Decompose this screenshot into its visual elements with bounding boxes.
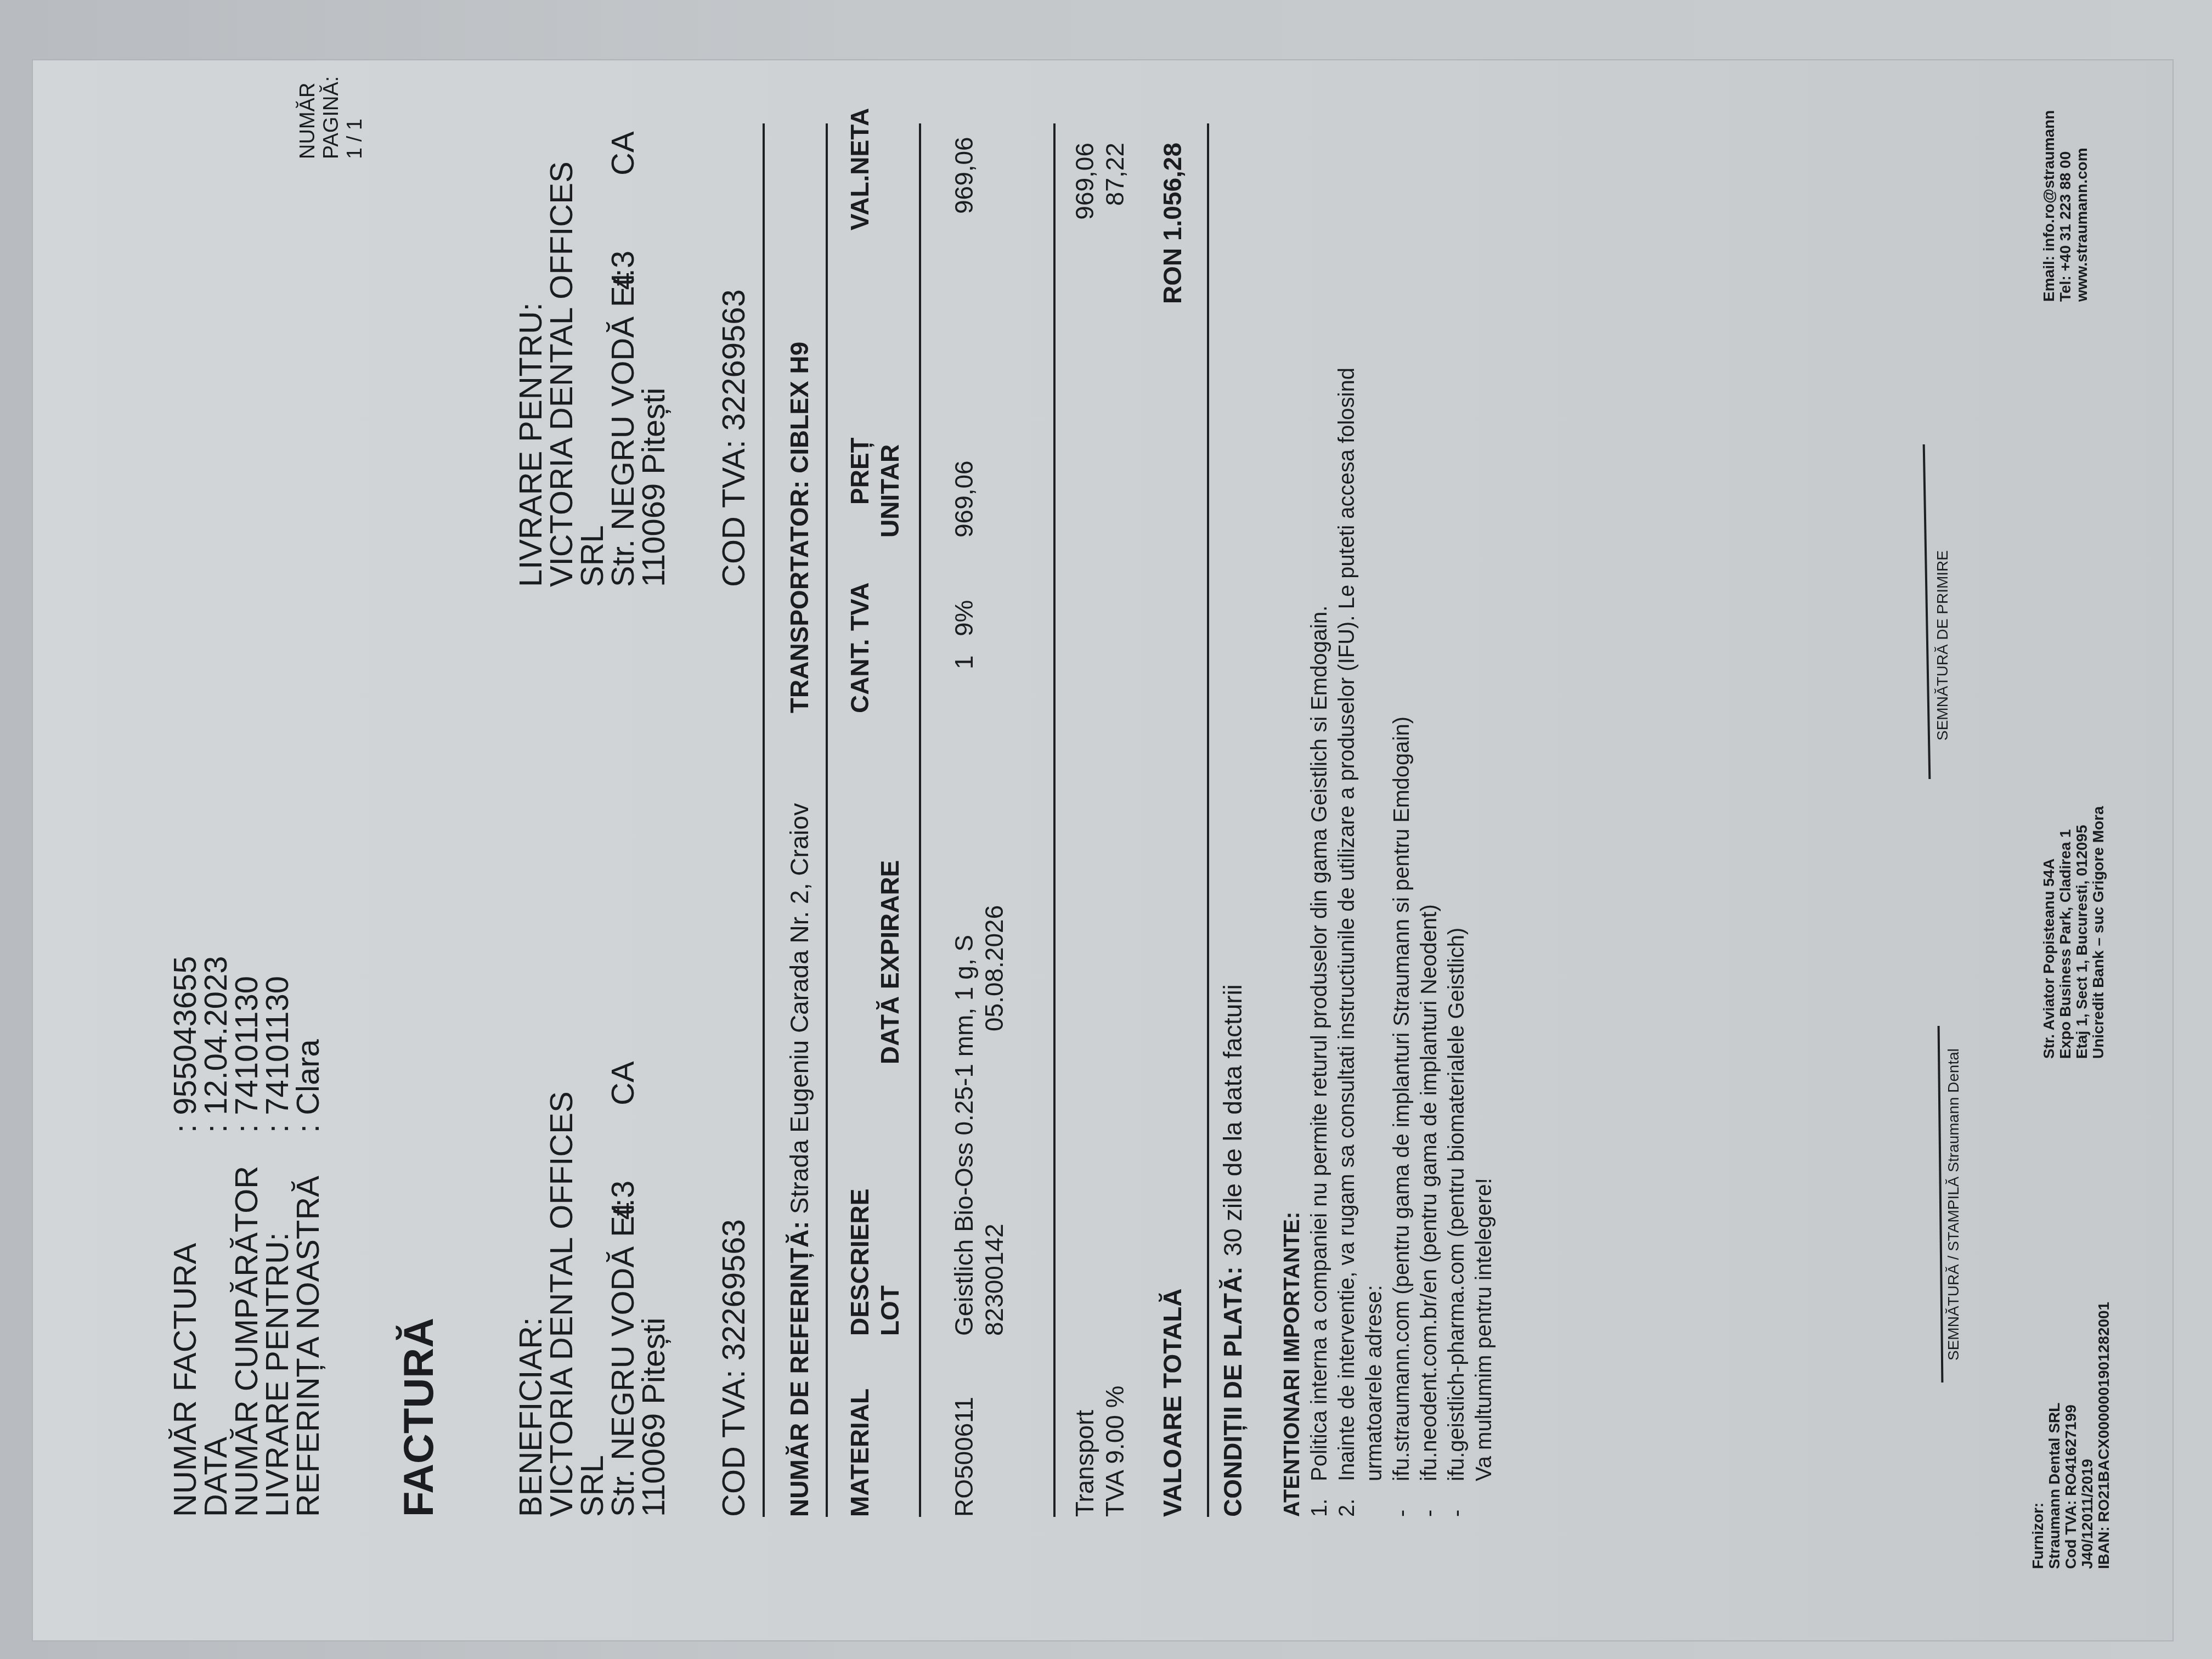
field-label: REFERINȚA NOASTRĂ [293, 1133, 324, 1517]
supplier-signature-label: SEMNĂTURĂ / STAMPILĂ Straumann Dental [1945, 1048, 1962, 1361]
divider [919, 123, 921, 1517]
ifu-link-item: - ifu.straumann.com (pentru gama de impl… [1388, 91, 1415, 1517]
contact-phone: Tel: +40 31 223 88 00 [2057, 110, 2074, 302]
beneficiary-code: CA [608, 1061, 639, 1105]
beneficiary-street: Str. NEGRU VODĂ 4 [608, 1237, 639, 1517]
cell-net: 969,06 [949, 137, 979, 214]
contact-email: Email: info.ro@straumann [2041, 110, 2057, 302]
col-description: DESCRIERE [845, 1189, 874, 1336]
col-net: VAL.NETA [845, 108, 874, 230]
cell-lot: 82300142 [979, 1223, 1009, 1336]
thanks-text: Va multumim pentru intelegere! [1470, 91, 1498, 1517]
notices-title: ATENTIONARI IMPORTANTE: [1278, 91, 1306, 1517]
ifu-link-straumann: ifu.straumann.com (pentru gama de implan… [1388, 716, 1415, 1481]
col-material: MATERIAL [845, 1389, 874, 1517]
cell-qty: 1 [949, 655, 979, 669]
cell-unit-price: 969,06 [949, 460, 979, 538]
delivery-code: CA [608, 131, 639, 176]
notice-item: urmatoarele adrese: [1361, 91, 1388, 1517]
total-label: VALOARE TOTALĂ [1158, 1288, 1187, 1517]
field-value: : 74101130 [262, 956, 293, 1133]
delivery-street: Str. NEGRU VODĂ 4 [608, 307, 639, 587]
supplier-signature-line [1938, 1026, 1944, 1383]
field-value: : 955043655 [170, 956, 201, 1133]
divider [763, 123, 765, 1517]
footer-supplier: Furnizor: Straumann Dental SRL Cod TVA: … [2030, 1302, 2112, 1569]
page-number: NUMĂR PAGINĂ: 1 / 1 [296, 60, 367, 159]
transport-label: Transport [1070, 1410, 1099, 1517]
reference-value: Strada Eugeniu Carada Nr. 2, Craiov [785, 803, 814, 1214]
field-value: : Clara [293, 956, 324, 1133]
col-lot: LOT [875, 1285, 905, 1336]
cell-material: RO500611 [949, 1397, 979, 1517]
notices: ATENTIONARI IMPORTANTE: 1. Politica inte… [1278, 91, 1498, 1517]
beneficiary-floor: Et:3 [608, 1105, 639, 1237]
delivery-city: 110069 Pitești [639, 93, 669, 587]
transporter: TRANSPORTATOR: CIBLEX H9 [785, 342, 814, 713]
ifu-link-item: - ifu.geistlich-pharma.com (pentru bioma… [1443, 91, 1470, 1517]
reference-label: NUMĂR DE REFERINȚĂ: [785, 1221, 814, 1517]
delivery-label: LIVRARE PENTRU: [516, 93, 546, 587]
transport-value: 969,06 [1070, 143, 1099, 220]
receiver-signature-line [1923, 444, 1931, 779]
payment-label: CONDIȚII DE PLATĂ: [1218, 1266, 1248, 1517]
col-expiry: DATĂ EXPIRARE [875, 860, 905, 1064]
beneficiary-name: VICTORIA DENTAL OFFICES SRL [546, 1023, 608, 1517]
field-label: NUMĂR CUMPĂRĂTOR [232, 1133, 262, 1517]
vat-value: 87,22 [1100, 143, 1130, 206]
delivery-block: LIVRARE PENTRU: VICTORIA DENTAL OFFICES … [516, 93, 749, 587]
invoice-page: NUMĂR FACTURA : 955043655 DATA : 12.04.2… [33, 60, 2172, 1640]
receiver-signature-label: SEMNĂTURĂ DE PRIMIRE [1934, 550, 1951, 741]
cell-vat: 9% [949, 600, 979, 636]
vat-label: TVA 9.00 % [1100, 1385, 1130, 1517]
col-price-2: UNITAR [875, 444, 905, 538]
ifu-link-item: - ifu.neodent.com.br/en (pentru gama de … [1415, 91, 1443, 1517]
notice-item: 1. Politica interna a companiei nu permi… [1306, 91, 1333, 1517]
cell-expiry: 05.08.2026 [979, 905, 1009, 1031]
reference-line: NUMĂR DE REFERINȚĂ: Strada Eugeniu Carad… [785, 803, 814, 1517]
col-qty: CANT. [845, 639, 874, 713]
ifu-link-geistlich: ifu.geistlich-pharma.com (pentru biomate… [1443, 928, 1470, 1481]
footer-address: Str. Aviator Popisteanu 54A Expo Busines… [2041, 806, 2107, 1059]
notice-item: 2. Inainte de interventie, va rugam sa c… [1333, 91, 1361, 1517]
delivery-name: VICTORIA DENTAL OFFICES SRL [546, 93, 608, 587]
divider [1207, 123, 1209, 1517]
divider [1053, 123, 1056, 1517]
ifu-link-neodent: ifu.neodent.com.br/en (pentru gama de im… [1415, 904, 1443, 1481]
payment-value: 30 zile de la data facturii [1218, 984, 1248, 1256]
delivery-vat: COD TVA: 32269563 [719, 93, 749, 587]
cell-description: Geistlich Bio-Oss 0.25-1 mm, 1 g, S [949, 935, 979, 1336]
contact-website: www.straumann.com [2074, 110, 2090, 302]
col-vat: TVA [845, 582, 874, 631]
field-label: LIVRARE PENTRU: [262, 1133, 293, 1517]
beneficiary-city: 110069 Pitești [639, 1023, 669, 1517]
total-value: RON 1.056,28 [1158, 143, 1187, 304]
field-value: : 74101130 [232, 956, 262, 1133]
invoice-header-fields: NUMĂR FACTURA : 955043655 DATA : 12.04.2… [170, 956, 324, 1517]
field-label: NUMĂR FACTURA [170, 1133, 201, 1517]
beneficiary-vat: COD TVA: 32269563 [719, 1023, 749, 1517]
footer-contact: Email: info.ro@straumann Tel: +40 31 223… [2041, 110, 2090, 302]
invoice-title: FACTURĂ [395, 1318, 443, 1517]
field-label: DATA [201, 1133, 232, 1517]
field-value: : 12.04.2023 [201, 956, 232, 1133]
beneficiary-label: BENEFICIAR: [516, 1023, 546, 1517]
divider [826, 123, 828, 1517]
beneficiary-block: BENEFICIAR: VICTORIA DENTAL OFFICES SRL … [516, 1023, 749, 1517]
col-price-1: PREȚ [845, 437, 874, 505]
delivery-floor: Et:3 [608, 176, 639, 307]
